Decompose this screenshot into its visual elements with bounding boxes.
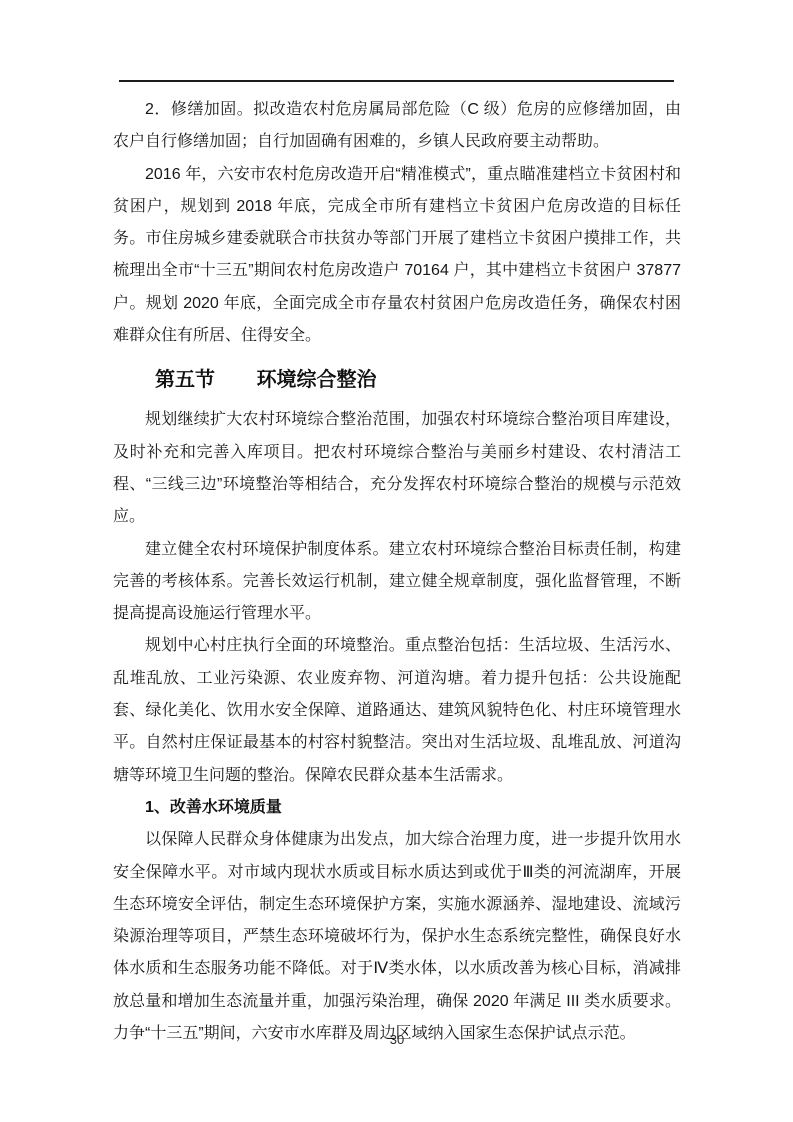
paragraph-water-quality: 以保障人民群众身体健康为出发点，加大综合治理力度，进一步提升饮用水安全保障水平。… xyxy=(113,824,681,1050)
paragraph-repair-reinforce: 2．修缮加固。拟改造农村危房属局部危险（C 级）危房的应修缮加固，由农户自行修缮… xyxy=(113,94,681,159)
section-title: 环境综合整治 xyxy=(257,369,377,391)
document-page: 2．修缮加固。拟改造农村危房属局部危险（C 级）危房的应修缮加固，由农户自行修缮… xyxy=(0,0,793,1122)
paragraph-renovation-2016: 2016 年，六安市农村危房改造开启“精准模式”，重点瞄准建档立卡贫困村和贫困户… xyxy=(113,159,681,353)
paragraph-village-improvement: 规划中心村庄执行全面的环境整治。重点整治包括：生活垃圾、生活污水、乱堆乱放、工业… xyxy=(113,630,681,791)
paragraph-integration-scope: 规划继续扩大农村环境综合整治范围，加强农村环境综合整治项目库建设，及时补充和完善… xyxy=(113,404,681,533)
page-number: 30 xyxy=(390,1032,404,1047)
section-heading: 第五节 环境综合整治 xyxy=(155,365,681,395)
subheading-water-quality: 1、改善水环境质量 xyxy=(113,792,681,824)
page-body: 2．修缮加固。拟改造农村危房属局部危险（C 级）危房的应修缮加固，由农户自行修缮… xyxy=(113,94,681,1050)
section-number: 第五节 xyxy=(155,369,215,391)
page-footer: 30 xyxy=(113,1031,681,1049)
header-divider xyxy=(119,80,674,82)
paragraph-institution-system: 建立健全农村环境保护制度体系。建立农村环境综合整治目标责任制，构建完善的考核体系… xyxy=(113,534,681,631)
